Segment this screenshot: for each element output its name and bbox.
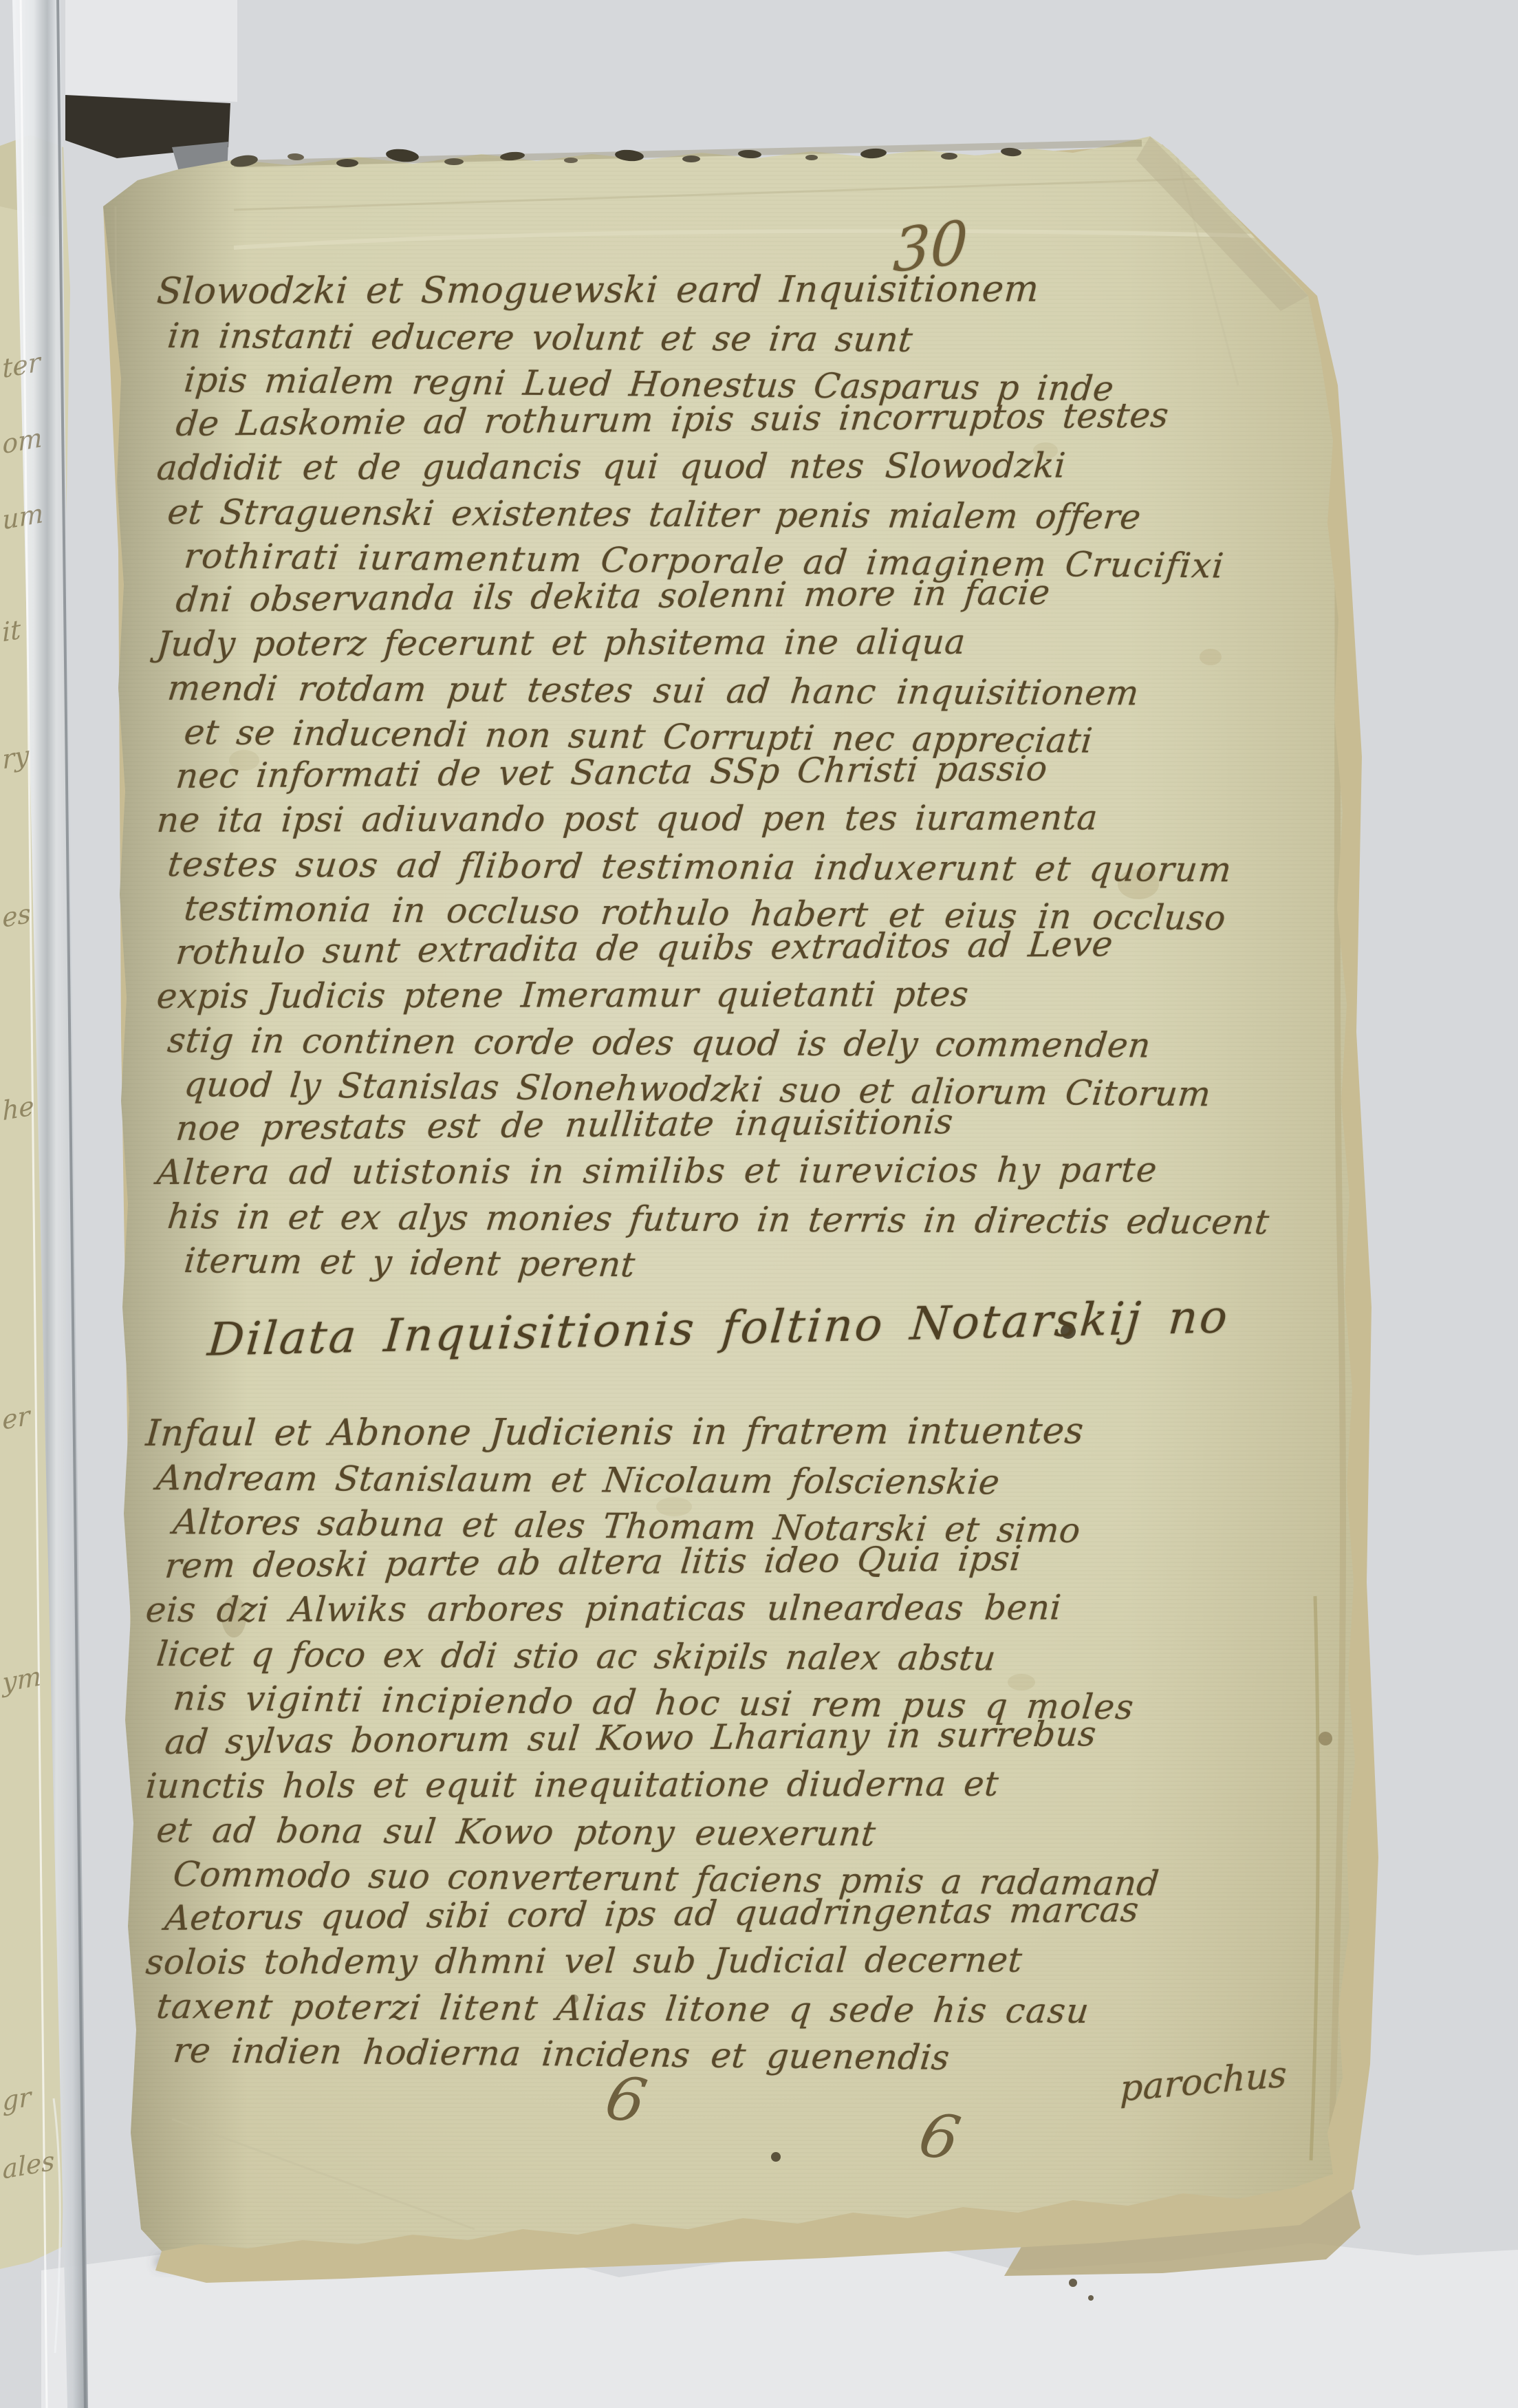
facing-page-fragment: he — [2, 1093, 35, 1125]
page-content: 30 Slowodzki et Smoguewski eard Inquisit… — [0, 0, 1518, 2408]
manuscript-line: Infaul et Abnone Judicienis in fratrem i… — [144, 1409, 1320, 1456]
facing-page-fragment: ym — [2, 1663, 42, 1696]
manuscript-line: ad sylvas bonorum sul Kowo Lhariany in s… — [163, 1710, 1321, 1764]
manuscript-line: testes suos ad flibord testimonia induxe… — [165, 842, 1316, 892]
manuscript-line: mendi rotdam put testes sui ad hanc inqu… — [165, 666, 1316, 716]
manuscript-line: et Straguenski existentes taliter penis … — [165, 490, 1316, 540]
manuscript-line: rothulo sunt extradita de quibs extradit… — [174, 921, 1319, 974]
manuscript-line: dni observanda ils dekita solenni more i… — [174, 568, 1319, 622]
manuscript-line: in instanti educere volunt et se ira sun… — [165, 314, 1316, 364]
manuscript-line: licet q foco ex ddi stio ac skipils nale… — [154, 1632, 1319, 1682]
manuscript-paragraph-2: Infaul et Abnone Judicienis in fratrem i… — [142, 1412, 1318, 2072]
facing-page-fragment: gr — [2, 2083, 32, 2115]
facing-page-fragment: um — [2, 500, 44, 534]
manuscript-line: expis Judicis ptene Imeramur quietanti p… — [155, 971, 1317, 1018]
manuscript-line: Aetorus quod sibi cord ips ad quadringen… — [163, 1886, 1321, 1940]
manuscript-line: rem deoski parte ab altera litis ideo Qu… — [163, 1534, 1321, 1588]
flourish-mark: 6 — [914, 2105, 965, 2169]
manuscript-line: nec informati de vet Sancta SSp Christi … — [174, 744, 1319, 798]
facing-page-fragment: es — [2, 900, 32, 932]
manuscript-line: stig in continen corde odes quod is dely… — [165, 1018, 1316, 1068]
facing-page-fragment: it — [2, 616, 21, 645]
facing-page-fragment: ry — [2, 742, 30, 773]
manuscript-line: Altera ad utistonis in similibs et iurev… — [155, 1148, 1317, 1194]
manuscript-line: addidit et de gudancis qui quod ntes Slo… — [155, 443, 1317, 490]
manuscript-line: ne ita ipsi adiuvando post quod pen tes … — [155, 795, 1317, 842]
manuscript-line: his in et ex alys monies futuro in terri… — [165, 1194, 1316, 1245]
facing-page-fragment: ales — [2, 2147, 55, 2183]
manuscript-line: iunctis hols et equit inequitatione diud… — [144, 1761, 1320, 1808]
facing-page-fragment: ter — [2, 349, 41, 382]
manuscript-line: taxent poterzi litent Alias litone q sed… — [154, 1984, 1319, 2034]
manuscript-line: Slowodzki et Smoguewski eard Inquisition… — [155, 267, 1317, 314]
manuscript-photo: { "photo": { "page_number": "30", "backg… — [0, 0, 1518, 2408]
manuscript-line: Judy poterz fecerunt et phsitema ine ali… — [155, 619, 1317, 666]
facing-page-fragment: er — [2, 1402, 30, 1433]
manuscript-line: de Laskomie ad rothurum ipis suis incorr… — [174, 392, 1319, 446]
section-heading: Dilata Inquisitionis foltino Notarskij n… — [206, 1294, 1230, 1363]
manuscript-line: Andream Stanislaum et Nicolaum folsciens… — [154, 1456, 1319, 1506]
manuscript-line: noe prestats est de nullitate inquisitio… — [174, 1097, 1319, 1150]
manuscript-line: iterum et y ident perent — [182, 1238, 1316, 1293]
facing-page-fragment: om — [2, 424, 43, 458]
flourish-mark: 6 — [600, 2067, 651, 2132]
manuscript-line: eis dzi Alwiks arbores pinaticas ulneard… — [144, 1585, 1320, 1632]
manuscript-paragraph-1: Slowodzki et Smoguewski eard Inquisition… — [153, 270, 1315, 1282]
facing-page-text-fragments: teromumitryesheerymgrales — [0, 0, 62, 2408]
manuscript-line: et ad bona sul Kowo ptony euexerunt — [154, 1808, 1319, 1858]
manuscript-line: solois tohdemy dhmni vel sub Judicial de… — [144, 1937, 1320, 1984]
